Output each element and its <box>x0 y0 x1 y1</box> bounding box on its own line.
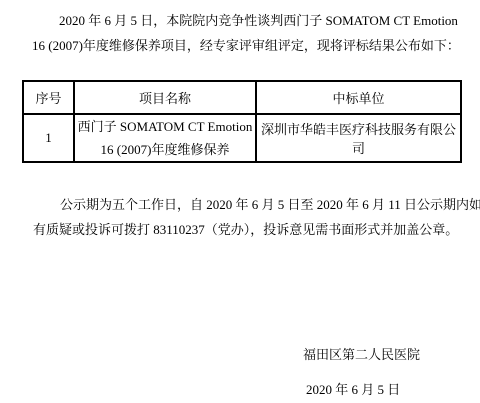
table-row: 1 西门子 SOMATOM CT Emotion 16 (2007)年度维修保养… <box>23 114 461 162</box>
announcement-document: 2020 年 6 月 5 日，本院院内竞争性谈判西门子 SOMATOM CT E… <box>0 8 480 403</box>
intro-paragraph-line-2: 16 (2007)年度维修保养项目，经专家评审组评定，现将评标结果公布如下： <box>32 33 466 58</box>
column-header-serial-number: 序号 <box>23 81 74 114</box>
column-header-winning-bidder: 中标单位 <box>256 81 461 114</box>
intro-paragraph: 2020 年 6 月 5 日，本院院内竞争性谈判西门子 SOMATOM CT E… <box>32 8 466 58</box>
signature-organization: 福田区第二人民医院 <box>303 347 480 362</box>
table-header-row: 序号 项目名称 中标单位 <box>23 81 461 114</box>
intro-paragraph-line-1: 2020 年 6 月 5 日，本院院内竞争性谈判西门子 SOMATOM CT E… <box>32 8 466 33</box>
cell-serial-number: 1 <box>23 114 74 162</box>
signature-date: 2020 年 6 月 5 日 <box>306 382 480 397</box>
column-header-project-name: 项目名称 <box>74 81 256 114</box>
publicity-period-line-1: 公示期为五个工作日，自 2020 年 6 月 5 日至 2020 年 6 月 1… <box>33 192 466 217</box>
publicity-period-paragraph: 公示期为五个工作日，自 2020 年 6 月 5 日至 2020 年 6 月 1… <box>33 192 466 242</box>
cell-project-name: 西门子 SOMATOM CT Emotion 16 (2007)年度维修保养 <box>74 114 256 162</box>
bid-results-table: 序号 项目名称 中标单位 1 西门子 SOMATOM CT Emotion 16… <box>22 80 462 163</box>
cell-winning-bidder: 深圳市华皓丰医疗科技服务有限公司 <box>256 114 461 162</box>
publicity-period-line-2: 有质疑或投诉可拨打 83110237（党办），投诉意见需书面形式并加盖公章。 <box>33 217 466 242</box>
signature-block: 福田区第二人民医院 2020 年 6 月 5 日 <box>0 347 480 397</box>
